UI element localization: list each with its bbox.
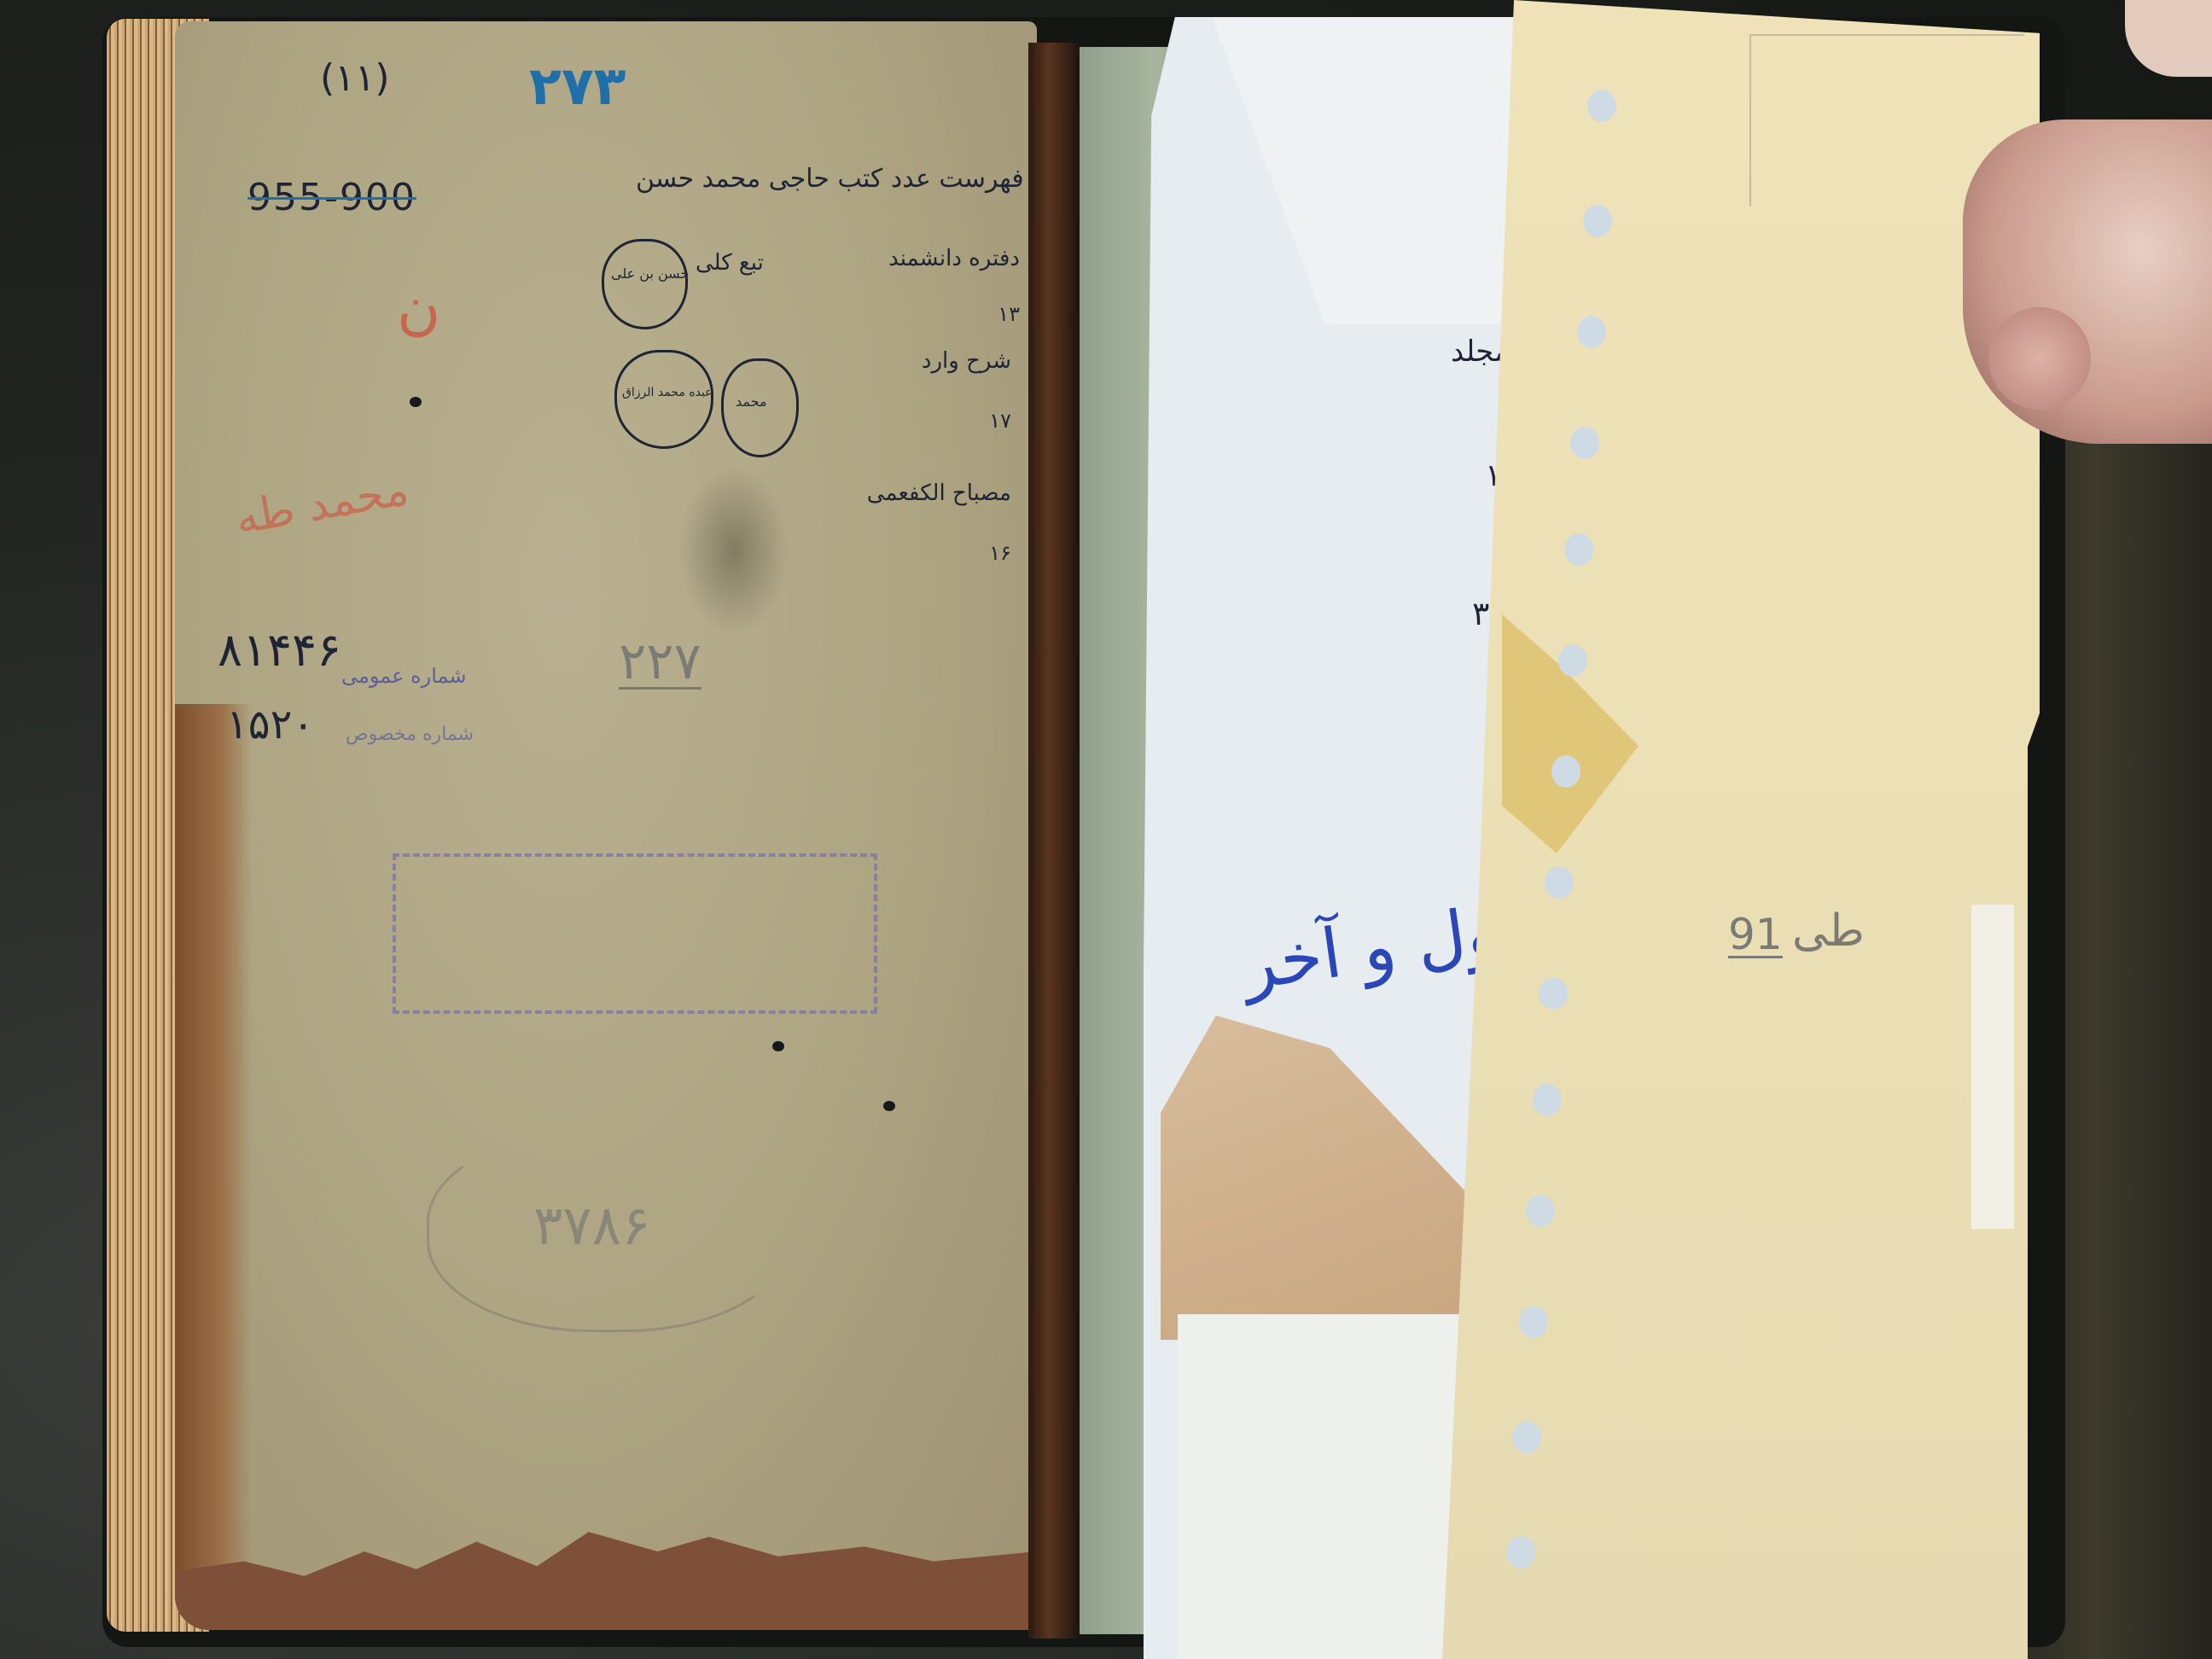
list-item: مصباح الکفعمی ۱۶: [824, 482, 1011, 563]
paper-strip: [1971, 905, 2014, 1229]
book-spine: [1028, 43, 1080, 1639]
perforation-hole: [1512, 1421, 1541, 1453]
list-item-number: ۱۳: [841, 304, 1020, 324]
white-lower-slip: [1178, 1314, 1459, 1659]
perforation-hole: [1558, 644, 1587, 677]
list-item-number: ۱۷: [841, 410, 1011, 431]
ink-dot: [410, 397, 422, 407]
smudge: [678, 465, 789, 636]
blue-catalog-number: ۲۷۳: [529, 60, 626, 113]
oval-pencil-number: ۳۷۸۶: [533, 1199, 651, 1254]
list-item-title: شرح وارد: [841, 350, 1011, 372]
perforation-hole: [1519, 1306, 1548, 1338]
red-mark: ن: [397, 277, 440, 337]
struck-number: 955-900: [247, 179, 416, 217]
perforation-hole: [1506, 1536, 1535, 1569]
yellow-sheet-word: طی: [1792, 909, 1865, 953]
red-signature: محمد طه: [232, 468, 411, 542]
list-item: تبع کلی: [696, 252, 849, 274]
seal-impression: حسن بن علی: [602, 239, 688, 329]
perforation-hole: [1587, 90, 1616, 122]
list-item-title: دفتره دانشمند: [841, 247, 1020, 270]
perforation-hole: [1570, 427, 1599, 459]
seal-impression: محمد: [721, 358, 799, 457]
perforation-hole: [1551, 755, 1580, 788]
perforation-hole: [1539, 977, 1568, 1010]
stamp-outline: [393, 853, 877, 1014]
perforation-hole: [1526, 1195, 1555, 1227]
secondary-label: شماره مخصوص: [346, 725, 474, 744]
white-sheet-number: ۳: [1472, 597, 1489, 630]
seal-impression: عبده محمد الرزاق: [614, 350, 713, 449]
perforation-hole: [1583, 205, 1612, 237]
perforation-hole: [1577, 316, 1606, 348]
list-item-number: ۱۶: [824, 543, 1011, 563]
yellow-sheet-number: 91: [1728, 913, 1783, 958]
list-item-sub: تبع کلی: [696, 252, 849, 274]
water-stain-edge: [175, 704, 252, 1630]
perforation-hole: [1564, 533, 1593, 566]
ink-dot: [883, 1101, 895, 1111]
left-flyleaf: (۱۱) ۲۷۳ 955-900 ن فهرست عدد کتب حاجی مح…: [175, 21, 1037, 1630]
list-item-title: مصباح الکفعمی: [824, 482, 1011, 504]
heading-note: فهرست عدد کتب حاجی محمد حسن: [636, 166, 1024, 192]
inventory-number: ۸۱۴۴۶: [218, 627, 341, 673]
perforation-hole: [1545, 866, 1574, 899]
list-item: شرح وارد ۱۷: [841, 350, 1011, 431]
ink-dot: [772, 1041, 784, 1051]
secondary-number: ۱۵۲۰: [226, 704, 314, 745]
thumbnail: [1988, 307, 2091, 410]
water-stain-bottom: [175, 1532, 1037, 1630]
holding-thumb: [1963, 119, 2212, 444]
pencil-number: ۲۲۷: [619, 636, 701, 690]
paren-number: (۱۱): [320, 60, 390, 97]
list-item: دفتره دانشمند ۱۳: [841, 247, 1020, 324]
inventory-label: شماره عمومی: [341, 666, 467, 686]
perforation-hole: [1533, 1084, 1562, 1116]
